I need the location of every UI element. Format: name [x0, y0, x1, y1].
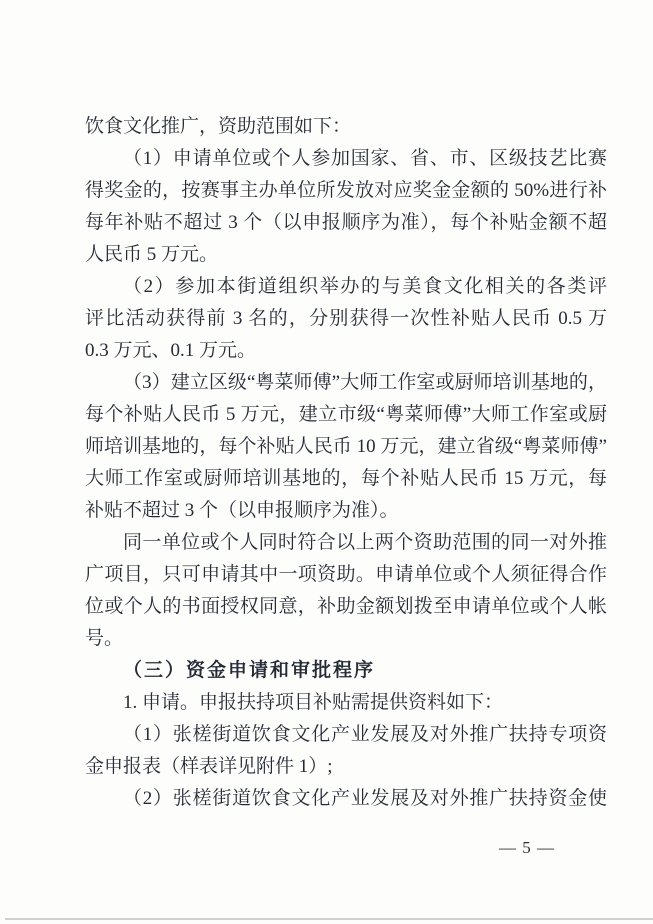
page-number: — 5 — — [488, 837, 566, 859]
document-body: 饮食文化推广，资助范围如下： （1）申请单位或个人参加国家、省、市、区级技艺比赛… — [85, 111, 607, 815]
text-line: （2）参加本街道组织举办的与美食文化相关的各类评选、 — [85, 271, 607, 303]
text-line: 金申报表（样表详见附件 1）; — [85, 751, 607, 783]
text-line: 位或个人的书面授权同意，补助金额划拨至申请单位或个人帐 — [85, 591, 607, 623]
text-line: 补贴不超过 3 个（以申报顺序为准）。 — [85, 495, 607, 527]
text-line: 0.3 万元、0.1 万元。 — [85, 335, 607, 367]
page-bottom-edge — [5, 918, 653, 920]
section-heading: （三）资金申请和审批程序 — [85, 655, 607, 687]
text-line: 大师工作室或厨师培训基地的，每个补贴人民币 15 万元，每年 — [85, 463, 607, 495]
text-line: 同一单位或个人同时符合以上两个资助范围的同一对外推 — [85, 527, 607, 559]
document-page: 饮食文化推广，资助范围如下： （1）申请单位或个人参加国家、省、市、区级技艺比赛… — [0, 0, 653, 924]
text-line: （1）张槎街道饮食文化产业发展及对外推广扶持专项资 — [85, 719, 607, 751]
text-line: 号。 — [85, 623, 607, 655]
text-line: （1）申请单位或个人参加国家、省、市、区级技艺比赛获 — [85, 143, 607, 175]
text-line: 每年补贴不超过 3 个（以申报顺序为准），每个补贴金额不超过 — [85, 207, 607, 239]
text-line: （2）张槎街道饮食文化产业发展及对外推广扶持资金使用 — [85, 783, 607, 815]
text-line: 得奖金的，按赛事主办单位所发放对应奖金金额的 50%进行补助， — [85, 175, 607, 207]
text-line: 1. 申请。申报扶持项目补贴需提供资料如下： — [85, 687, 607, 719]
text-line: （3）建立区级“粤菜师傅”大师工作室或厨师培训基地的， — [85, 367, 607, 399]
text-line: 评比活动获得前 3 名的，分别获得一次性补贴人民币 0.5 万元、 — [85, 303, 607, 335]
text-line: 广项目，只可申请其中一项资助。申请单位或个人须征得合作单 — [85, 559, 607, 591]
text-line: 每个补贴人民币 5 万元，建立市级“粤菜师傅”大师工作室或厨 — [85, 399, 607, 431]
text-line: 师培训基地的，每个补贴人民币 10 万元，建立省级“粤菜师傅” — [85, 431, 607, 463]
text-line: 人民币 5 万元。 — [85, 239, 607, 271]
text-line: 饮食文化推广，资助范围如下： — [85, 111, 607, 143]
